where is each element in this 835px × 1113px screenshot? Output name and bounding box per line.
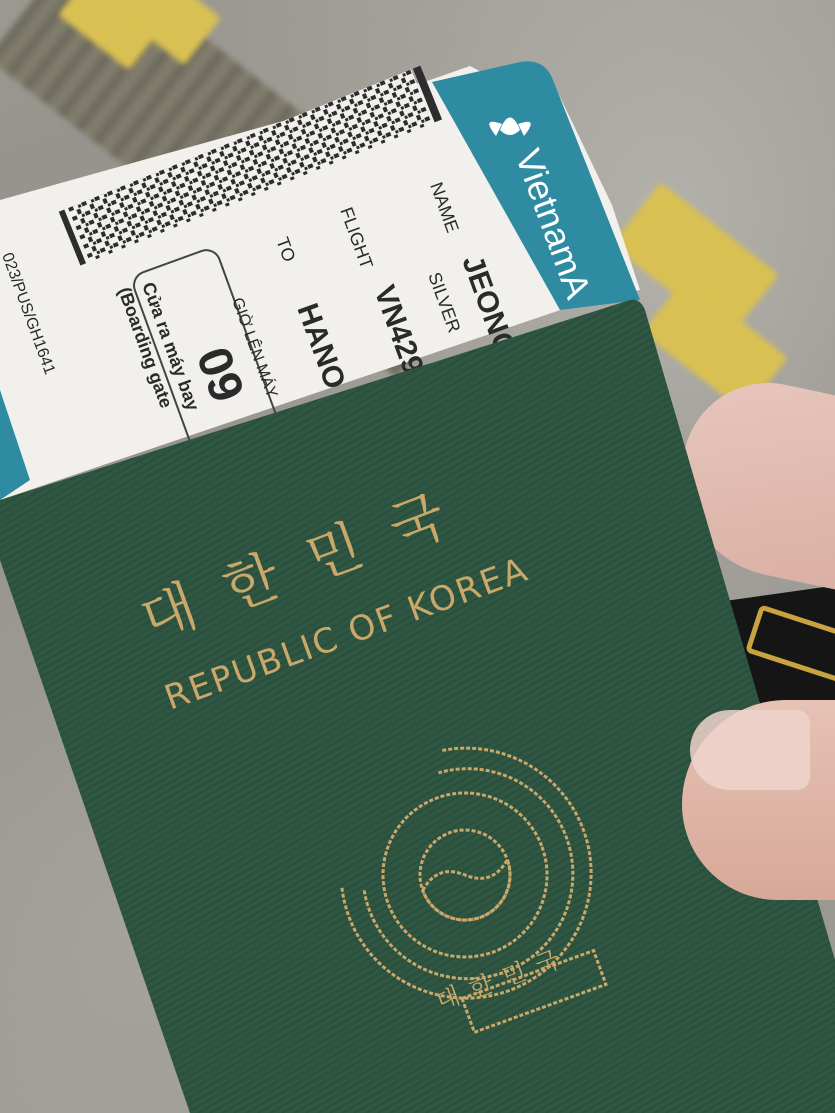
- thumbnail-nail: [690, 710, 810, 790]
- boarding-pass: NAME JEONG SILVER FLIGHT VN429 TO HANO G…: [0, 0, 835, 1113]
- photo-scene: NAME JEONG SILVER FLIGHT VN429 TO HANO G…: [0, 0, 835, 1113]
